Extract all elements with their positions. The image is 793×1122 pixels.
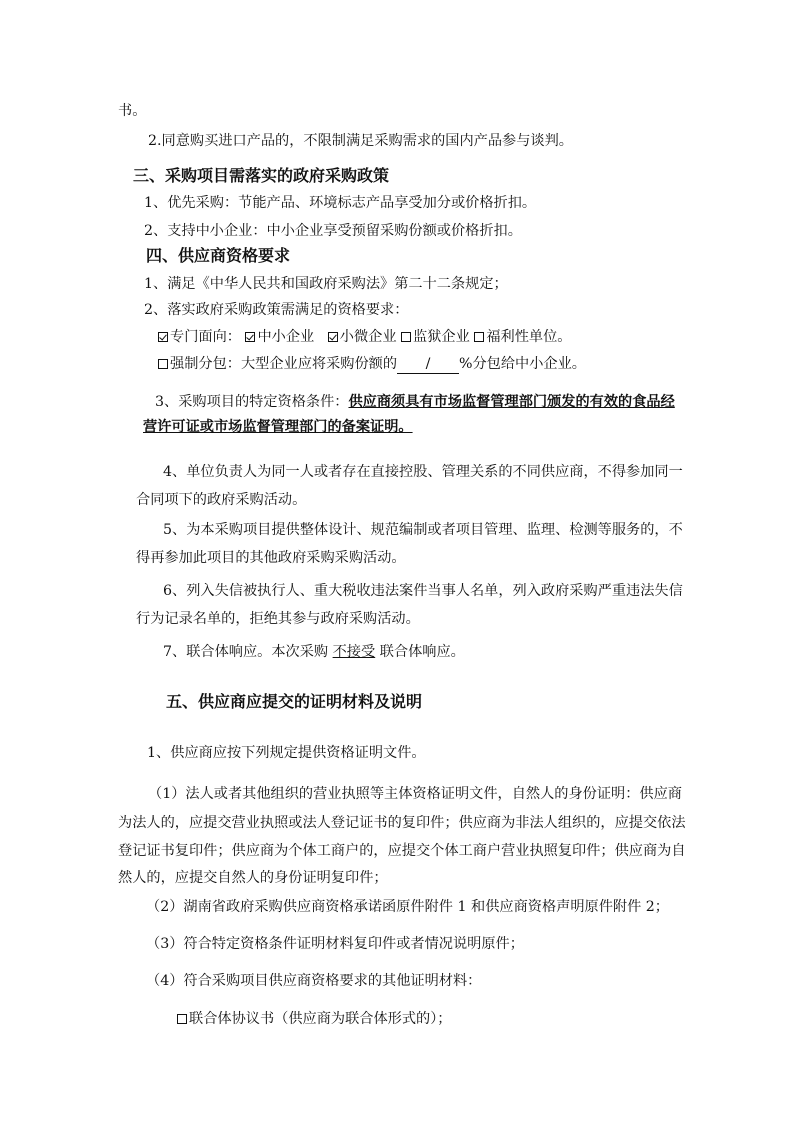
- checkbox-sme[interactable]: 中小企业: [245, 329, 314, 345]
- carry-over-text: 书。: [118, 102, 146, 120]
- sec5-sub-1-line4: 然人的，应提交自然人的身份证明复印件；: [118, 869, 388, 887]
- sec4-item-3: 3、采购项目的特定资格条件：供应商须具有市场监督管理部门颁发的有效的食品经: [155, 393, 675, 411]
- sec5-sub-1-line2: 为法人的，应提交营业执照或法人登记证书的复印件；供应商为非法人组织的，应提交依法: [118, 814, 686, 832]
- checkbox-empty-icon: [474, 332, 484, 342]
- checkbox-empty-icon: [401, 332, 411, 342]
- checkbox-consortium-agreement[interactable]: 联合体协议书（供应商为联合体形式的）；: [177, 1011, 451, 1027]
- sec4-item-4: 4、单位负责人为同一人或者存在直接控股、管理关系的不同供应商，不得参加同一: [163, 463, 683, 481]
- checkbox-checked-icon: [158, 332, 168, 342]
- checkbox-dedicated[interactable]: 专门面向：: [158, 329, 241, 345]
- sec5-sub-3: （3）符合特定资格条件证明材料复印件或者情况说明原件；: [146, 935, 524, 953]
- checkbox-subcontract[interactable]: 强制分包：大型企业应将采购份额的: [158, 356, 397, 372]
- sec4-item-2: 2、落实政府采购政策需满足的资格要求：: [144, 301, 408, 319]
- subcontract-row: 强制分包：大型企业应将采购份额的/%分包给中小企业。: [158, 355, 586, 374]
- sec4-item-5: 5、为本采购项目提供整体设计、规范编制或者项目管理、监理、检测等服务的，不: [163, 521, 683, 539]
- specific-qualification-text-cont: 营许可证或市场监督管理部门的备案证明。: [143, 419, 413, 435]
- import-policy-item: 2.同意购买进口产品的，不限制满足采购需求的国内产品参与谈判。: [148, 132, 573, 150]
- checkbox-prison[interactable]: 监狱企业: [401, 329, 470, 345]
- sec5-sub-1-line3: 登记证书复印件；供应商为个体工商户的，应提交个体工商户营业执照复印件；供应商为自: [118, 842, 686, 860]
- sec4-item-1: 1、满足《中华人民共和国政府采购法》第二十二条规定；: [144, 275, 508, 293]
- sec4-item-7: 7、联合体响应。本次采购 不接受 联合体响应。: [163, 643, 465, 661]
- sec4-item-5-cont: 得再参加此项目的其他政府采购采购活动。: [136, 549, 406, 567]
- sec5-item-1: 1、供应商应按下列规定提供资格证明文件。: [147, 744, 426, 762]
- specific-qualification-text: 供应商须具有市场监督管理部门颁发的有效的食品经: [348, 394, 674, 410]
- section-3-heading: 三、采购项目需落实的政府采购政策: [133, 167, 389, 185]
- sec4-item-6: 6、列入失信被执行人、重大税收违法案件当事人名单，列入政府采购严重违法失信: [163, 582, 683, 600]
- sec5-sub-2: （2）湖南省政府采购供应商资格承诺函原件附件 1 和供应商资格声明原件附件 2；: [146, 898, 669, 916]
- subcontract-percent-blank[interactable]: /: [397, 355, 459, 374]
- checkbox-welfare[interactable]: 福利性单位。: [474, 329, 571, 345]
- sec3-item-2: 2、支持中小企业：中小企业享受预留采购份额或价格折扣。: [144, 222, 522, 240]
- sec4-item-4-cont: 合同项下的政府采购活动。: [136, 491, 306, 509]
- checkbox-checked-icon: [328, 332, 338, 342]
- checkbox-micro[interactable]: 小微企业: [328, 329, 397, 345]
- consortium-agreement-row: 联合体协议书（供应商为联合体形式的）；: [177, 1010, 451, 1028]
- sec3-item-1: 1、优先采购：节能产品、环境标志产品享受加分或价格折扣。: [144, 194, 536, 212]
- section-5-heading: 五、供应商应提交的证明材料及说明: [166, 693, 422, 711]
- checkbox-checked-icon: [245, 332, 255, 342]
- sec5-sub-1: （1）法人或者其他组织的营业执照等主体资格证明文件，自然人的身份证明：供应商: [148, 785, 682, 803]
- checkbox-empty-icon: [177, 1014, 187, 1024]
- consortium-response-value: 不接受: [333, 644, 376, 660]
- checkbox-empty-icon: [158, 359, 168, 369]
- sec4-item-6-cont: 行为记录名单的，拒绝其参与政府采购活动。: [136, 610, 420, 628]
- section-4-heading: 四、供应商资格要求: [146, 247, 290, 265]
- policy-checkbox-row: 专门面向： 中小企业 小微企业 监狱企业 福利性单位。: [158, 328, 571, 346]
- sec5-sub-4: （4）符合采购项目供应商资格要求的其他证明材料：: [146, 972, 481, 990]
